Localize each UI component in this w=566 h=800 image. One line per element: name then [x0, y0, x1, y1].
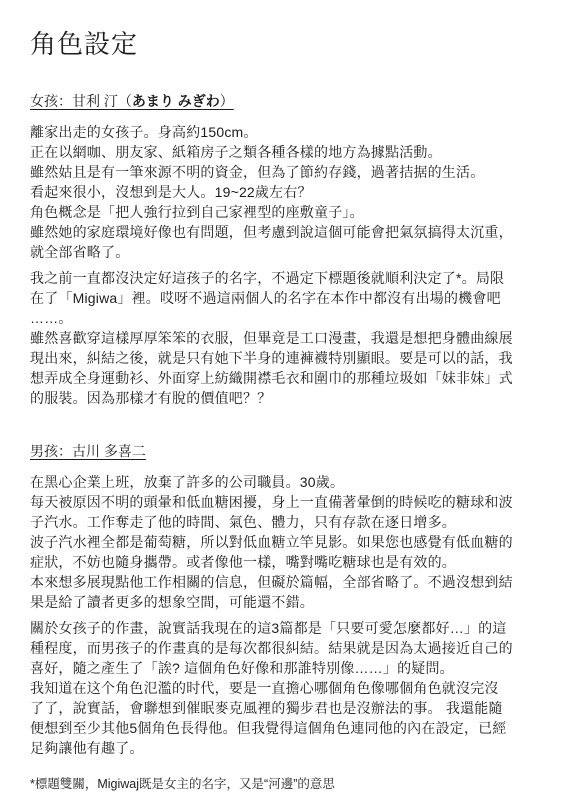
title-pun-footnote: *標題雙關，Migiwaj既是女主的名字，又是“河邊”的意思: [30, 776, 538, 792]
boy-paragraph-2: 關於女孩子的作畫，說實話我現在的這3篇都是「只要可愛怎麼都好…」的這 種程度，而…: [30, 618, 538, 758]
girl-heading-suffix: ）: [220, 93, 234, 109]
boy-heading-underlined: 男孩：古川 多喜二: [30, 443, 146, 459]
boy-paragraph-1: 在黑心企業上班，放棄了許多的公司職員。30歲。 每天被原因不明的頭暈和低血糖困擾…: [30, 472, 538, 612]
document-page: 角色設定 女孩：甘利 汀（あまり みぎわ） 離家出走的女孩子。身高約150cm。…: [0, 0, 566, 800]
girl-paragraph-1: 離家出走的女孩子。身高約150cm。 正在以網咖、朋友家、紙箱房子之類各種各樣的…: [30, 122, 538, 262]
girl-heading: 女孩：甘利 汀（あまり みぎわ）: [30, 92, 538, 111]
girl-heading-underlined: 女孩：甘利 汀（あまり みぎわ）: [30, 93, 234, 109]
page-title: 角色設定: [30, 30, 538, 58]
boy-heading: 男孩：古川 多喜二: [30, 442, 538, 461]
girl-paragraph-2: 我之前一直都沒決定好這孩子的名字，不過定下標題後就順利決定了*。局限 在了「Mi…: [30, 268, 538, 408]
girl-heading-kana: あまり みぎわ: [132, 93, 220, 109]
section-girl: 女孩：甘利 汀（あまり みぎわ） 離家出走的女孩子。身高約150cm。 正在以網…: [30, 92, 538, 408]
girl-heading-prefix: 女孩：甘利 汀（: [30, 93, 132, 109]
section-boy: 男孩：古川 多喜二 在黑心企業上班，放棄了許多的公司職員。30歲。 每天被原因不…: [30, 442, 538, 758]
